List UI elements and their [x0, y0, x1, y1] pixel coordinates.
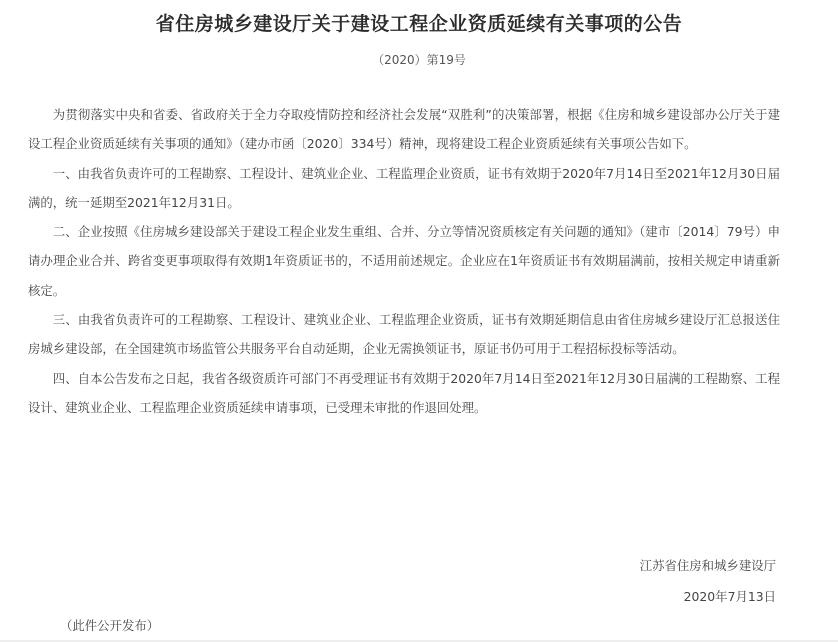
paragraph-item-3: 三、由我省负责许可的工程勘察、工程设计、建筑业企业、工程监理企业资质，证书有效期…: [28, 305, 780, 364]
issue-date: 2020年7月13日: [684, 587, 776, 605]
document-number: （2020）第19号: [0, 51, 838, 68]
document-body: 为贯彻落实中央和省委、省政府关于全力夺取疫情防控和经济社会发展“双胜利”的决策部…: [28, 100, 780, 422]
publication-note: （此件公开发布）: [60, 616, 159, 634]
paragraph-item-2: 二、企业按照《住房城乡建设部关于建设工程企业发生重组、合并、分立等情况资质核定有…: [28, 217, 780, 305]
paragraph-item-4: 四、自本公告发布之日起，我省各级资质许可部门不再受理证书有效期于2020年7月1…: [28, 364, 780, 423]
paragraph-intro: 为贯彻落实中央和省委、省政府关于全力夺取疫情防控和经济社会发展“双胜利”的决策部…: [28, 100, 780, 159]
paragraph-item-1: 一、由我省负责许可的工程勘察、工程设计、建筑业企业、工程监理企业资质，证书有效期…: [28, 159, 780, 218]
issuer-signature: 江苏省住房和城乡建设厅: [640, 556, 776, 574]
document-title: 省住房城乡建设厅关于建设工程企业资质延续有关事项的公告: [0, 9, 838, 36]
